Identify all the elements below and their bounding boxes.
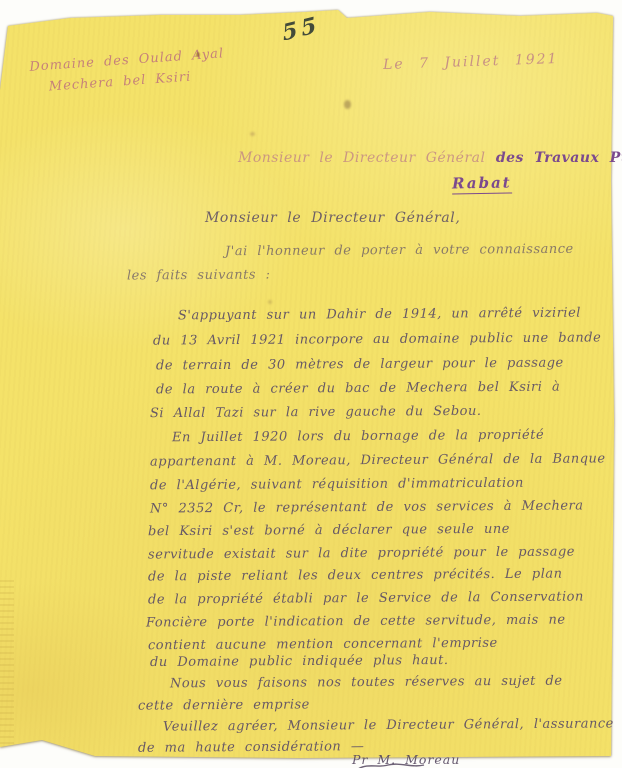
body-line: de la piste reliant les deux centres pré… — [148, 567, 563, 585]
body-line: de terrain de 30 mètres de largeur pour … — [156, 356, 564, 374]
body-line: de ma haute considération — — [138, 739, 365, 756]
body-line: N° 2352 Cr, le représentant de vos servi… — [150, 498, 584, 516]
salutation: Monsieur le Directeur Général, — [205, 210, 460, 226]
body-line: bel Ksiri s'est borné à déclarer que seu… — [148, 522, 510, 540]
body-line: de la propriété établi par le Service de… — [148, 589, 584, 607]
recipient-city: Rabat — [452, 173, 512, 194]
body-line: de la route à créer du bac de Mechera be… — [156, 380, 560, 398]
body-line: appartenant à M. Moreau, Directeur Génér… — [150, 451, 606, 469]
ink-smudge — [250, 132, 255, 136]
recipient-title: Monsieur le Directeur Général — [238, 150, 485, 166]
ink-smudge — [344, 100, 351, 109]
body-line: Si Allal Tazi sur la rive gauche du Sebo… — [150, 404, 482, 421]
body-line: contient aucune mention concernant l'emp… — [148, 636, 498, 653]
scanned-letter-page: 55 Domaine des Oulad Ayal Mechera bel Ks… — [0, 0, 622, 768]
folded-corner — [38, 736, 90, 762]
body-line: Nous vous faisons nos toutes réserves au… — [170, 674, 563, 692]
signature-flourish — [356, 762, 426, 768]
paper-crinkle-texture — [0, 580, 14, 750]
ink-smudge — [268, 300, 272, 304]
body-line: servitude existait sur la dite propriété… — [148, 545, 575, 563]
body-line: J'ai l'honneur de porter à votre connais… — [225, 242, 574, 259]
body-line: du 13 Avril 1921 incorpore au domaine pu… — [153, 330, 601, 348]
body-line: S'appuyant sur un Dahir de 1914, un arrê… — [178, 306, 581, 324]
body-line: Veuillez agréer, Monsieur le Directeur G… — [163, 716, 614, 734]
recipient-line: Monsieur le Directeur Général des Travau… — [238, 150, 622, 166]
body-line: Foncière porte l'indication de cette ser… — [146, 613, 566, 631]
body-line: de l'Algérie, suivant réquisition d'imma… — [150, 476, 524, 494]
body-line: du Domaine public indiquée plus haut. — [150, 653, 449, 670]
body-line: les faits suivants : — [127, 267, 271, 283]
body-line: En Juillet 1920 lors du bornage de la pr… — [172, 428, 544, 446]
ink-smudge — [196, 52, 200, 57]
body-line: cette dernière emprise — [138, 697, 310, 713]
recipient-department: des Travaux Publics — [485, 150, 622, 166]
